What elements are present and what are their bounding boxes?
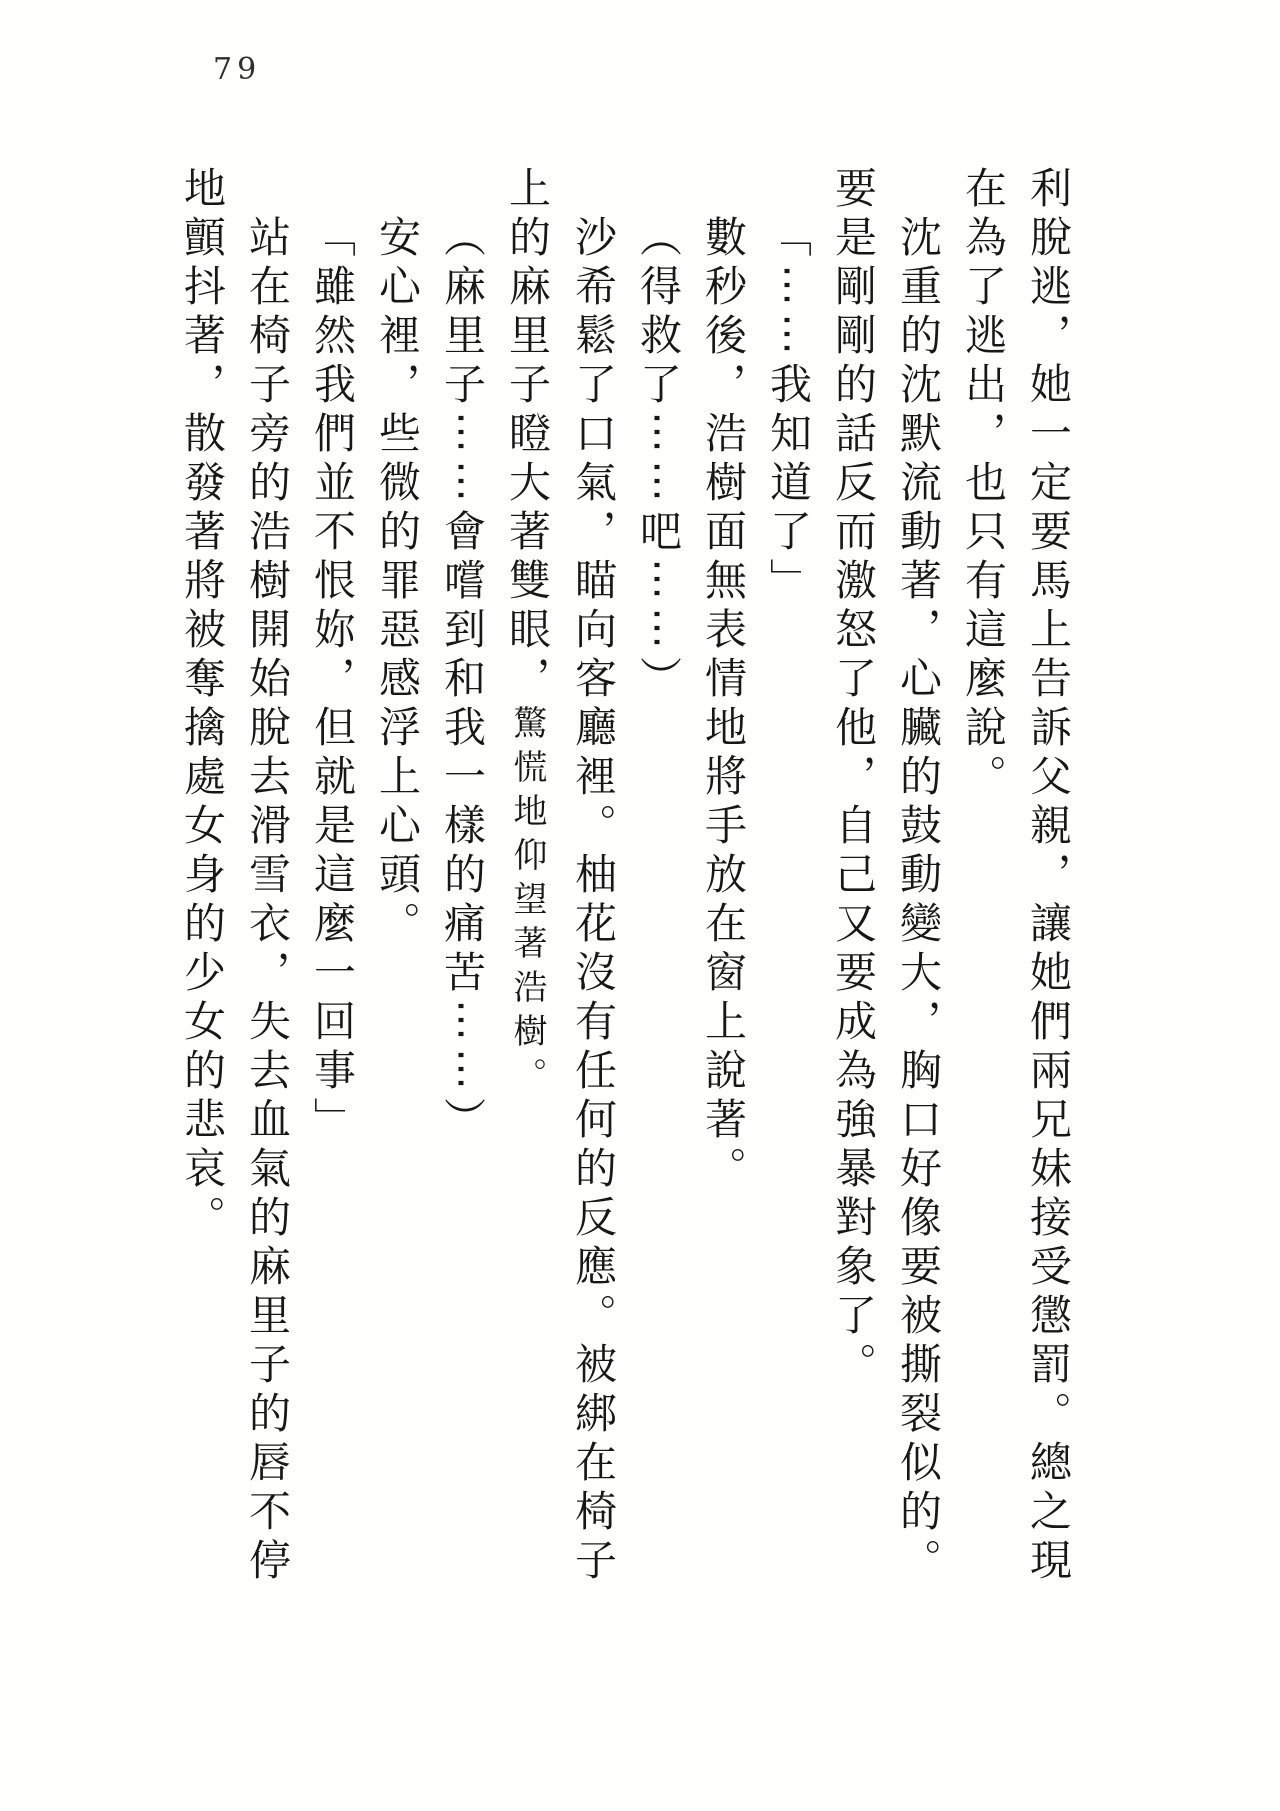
text-column-9-segment-small: 驚慌地仰望著浩樹。	[508, 705, 545, 1101]
text-column-13: 站在椅子旁的浩樹開始脫去滑雪衣，失去血氣的麻里子的唇不停	[233, 166, 298, 1611]
text-column-4: 要是剛剛的話反而激怒了他，自己又要成為強暴對象了。	[819, 166, 884, 1611]
text-column-9-segment-normal: 上的麻里子瞪大著雙眼，	[503, 166, 549, 705]
text-column-11: 安心裡，些微的罪惡感浮上心頭。	[363, 166, 428, 1611]
text-column-7: （得救了⋯⋯吧⋯⋯）	[624, 166, 689, 1611]
text-column-9: 上的麻里子瞪大著雙眼，驚慌地仰望著浩樹。	[493, 166, 559, 1611]
text-column-12: 「雖然我們並不恨妳，但就是這麼一回事」	[298, 166, 363, 1611]
text-column-6: 數秒後，浩樹面無表情地將手放在窗上說著。	[689, 166, 754, 1611]
text-column-10: （麻里子⋯⋯會嚐到和我一樣的痛苦⋯⋯）	[428, 166, 493, 1611]
text-column-2: 在為了逃出，也只有這麼說。	[949, 166, 1014, 1611]
text-column-1: 利脫逃，她一定要馬上告訴父親，讓她們兩兄妹接受懲罰。總之現	[1014, 166, 1079, 1611]
text-column-3: 沈重的沈默流動著，心臟的鼓動變大，胸口好像要被撕裂似的。	[884, 166, 949, 1611]
book-page: 79 利脫逃，她一定要馬上告訴父親，讓她們兩兄妹接受懲罰。總之現 在為了逃出，也…	[0, 0, 1280, 1811]
text-column-5: 「⋯⋯我知道了」	[754, 166, 819, 1611]
text-column-8: 沙希鬆了口氣，瞄向客廳裡。柚花沒有任何的反應。被綁在椅子	[559, 166, 624, 1611]
text-block: 利脫逃，她一定要馬上告訴父親，讓她們兩兄妹接受懲罰。總之現 在為了逃出，也只有這…	[169, 166, 1079, 1611]
page-number: 79	[213, 52, 261, 87]
text-column-14: 地顫抖著，散發著將被奪擒處女身的少女的悲哀。	[168, 166, 233, 1611]
